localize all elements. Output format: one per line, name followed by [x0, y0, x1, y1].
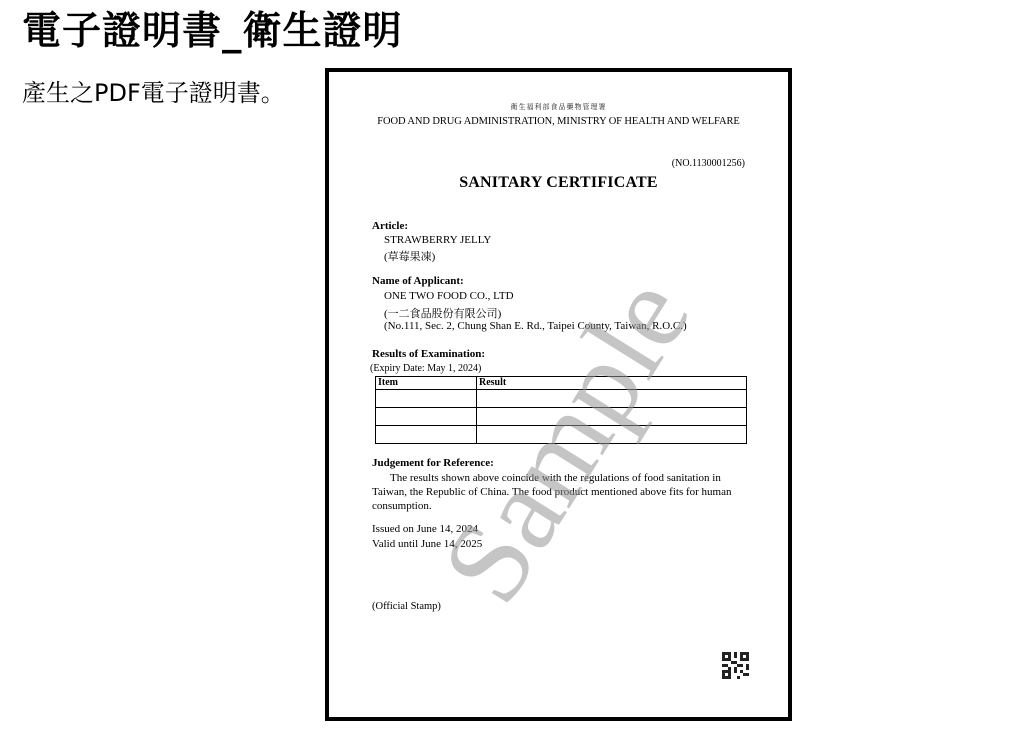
cell-item: [376, 390, 477, 408]
column-header-result: Result: [477, 377, 747, 390]
cell-result: [477, 408, 747, 426]
agency-name-en: FOOD AND DRUG ADMINISTRATION, MINISTRY O…: [329, 116, 788, 127]
cell-result: [477, 390, 747, 408]
judgement-body: The results shown above coincide with th…: [372, 472, 732, 512]
page-title: 電子證明書_衛生證明: [22, 6, 403, 58]
table-row: [376, 390, 747, 408]
results-label: Results of Examination:: [372, 348, 485, 360]
expiry-date: (Expiry Date: May 1, 2024): [370, 363, 481, 374]
sanitary-certificate: 衛生福利部食品藥物管理署 FOOD AND DRUG ADMINISTRATIO…: [329, 72, 788, 717]
certificate-title: SANITARY CERTIFICATE: [329, 174, 788, 192]
table-row: [376, 426, 747, 444]
column-header-item: Item: [376, 377, 477, 390]
valid-until-date: Valid until June 14, 2025: [372, 538, 482, 550]
results-table-header: Item Result: [376, 377, 747, 390]
cell-item: [376, 426, 477, 444]
agency-name-zh: 衛生福利部食品藥物管理署: [329, 102, 788, 112]
certificate-preview: 衛生福利部食品藥物管理署 FOOD AND DRUG ADMINISTRATIO…: [325, 68, 792, 721]
results-table: Item Result: [375, 376, 747, 444]
judgement-text: The results shown above coincide with th…: [372, 471, 752, 513]
table-row: [376, 408, 747, 426]
qr-code-icon: [722, 652, 749, 679]
caption: 產生之PDF電子證明書。: [22, 76, 285, 110]
cell-result: [477, 426, 747, 444]
article-name-en: STRAWBERRY JELLY: [384, 234, 491, 246]
judgement-label: Judgement for Reference:: [372, 457, 494, 469]
applicant-address: (No.111, Sec. 2, Chung Shan E. Rd., Taip…: [384, 320, 687, 332]
certificate-number: (NO.1130001256): [672, 158, 745, 169]
applicant-name-zh: (一二食品股份有限公司): [384, 305, 501, 321]
applicant-name-en: ONE TWO FOOD CO., LTD: [384, 290, 514, 302]
applicant-label: Name of Applicant:: [372, 275, 464, 287]
official-stamp-label: (Official Stamp): [372, 601, 441, 612]
article-label: Article:: [372, 220, 408, 232]
cell-item: [376, 408, 477, 426]
article-name-zh: (草莓果凍): [384, 248, 435, 264]
issued-date: Issued on June 14, 2024: [372, 523, 478, 535]
